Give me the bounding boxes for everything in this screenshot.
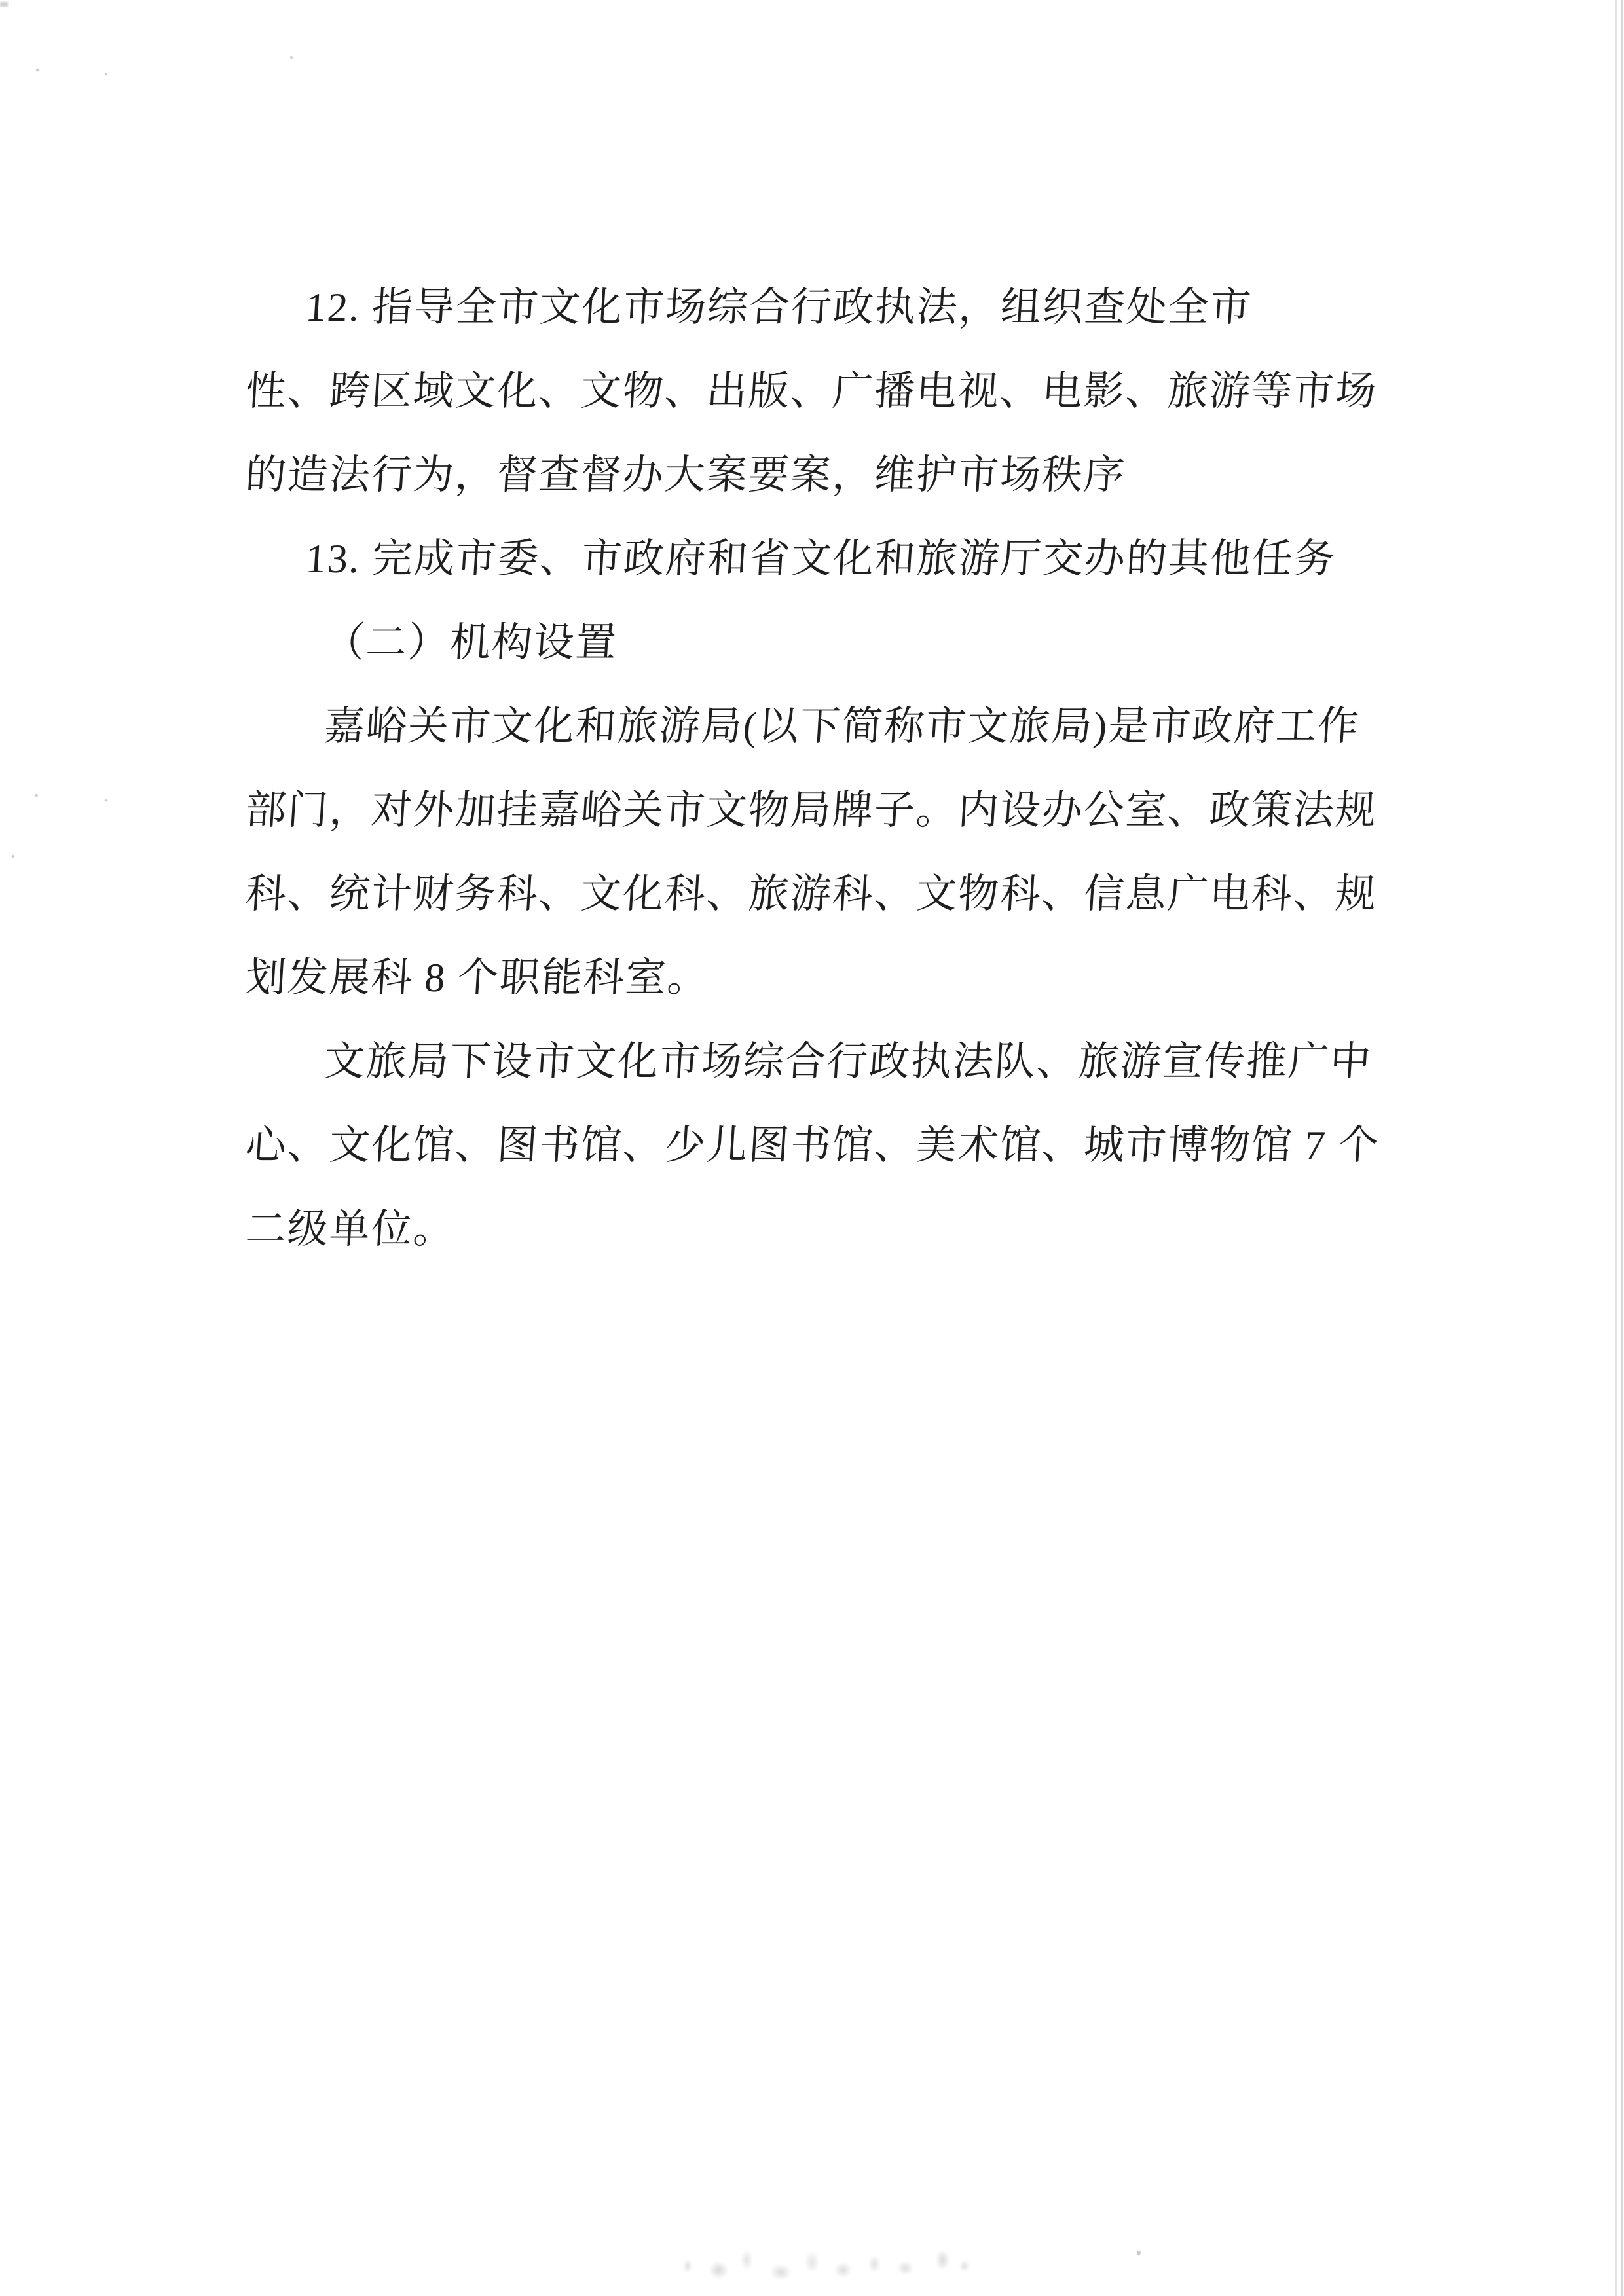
text-line-13-duty: 13. 完成市委、市政府和省文化和旅游厅交办的其他任务 (243, 517, 1401, 601)
scan-speck (290, 56, 293, 59)
text-line-markets: 性、跨区域文化、文物、出版、广播电视、电影、旅游等市场 (243, 350, 1401, 433)
scan-edge-line-outer (1615, 0, 1617, 2296)
text-line-section-heading: （二）机构设置 (243, 601, 1401, 685)
scan-edge-line-inner (1621, 0, 1623, 2296)
text-line-bureau-intro: 嘉峪关市文化和旅游局(以下简称市文旅局)是市政府工作 (243, 685, 1401, 769)
scan-smudge (663, 2242, 974, 2282)
document-text-block: 12. 指导全市文化市场综合行政执法，组织查处全市 性、跨区域文化、文物、出版、… (246, 266, 1398, 1271)
text-line-enforcement: 的造法行为，督查督办大案要案，维护市场秩序 (243, 433, 1401, 517)
text-line-departments-3: 划发展科 8 个职能科室。 (243, 936, 1401, 1020)
text-line-subunits-1: 文旅局下设市文化市场综合行政执法队、旅游宣传推广中 (243, 1020, 1401, 1104)
scan-speck (105, 799, 107, 801)
text-line-subunits-3: 二级单位。 (243, 1188, 1401, 1271)
text-line-departments-1: 部门，对外加挂嘉峪关市文物局牌子。内设办公室、政策法规 (243, 769, 1401, 852)
text-line-departments-2: 科、统计财务科、文化科、旅游科、文物科、信息广电科、规 (243, 852, 1401, 936)
scan-smudge-dot (1137, 2251, 1141, 2255)
scan-speck (105, 73, 107, 75)
scan-speck (35, 794, 38, 797)
scan-speck (36, 69, 39, 71)
scan-corner-mark (0, 2, 8, 7)
scan-speck (12, 855, 14, 858)
text-line-12-duty: 12. 指导全市文化市场综合行政执法，组织查处全市 (243, 266, 1401, 350)
scanned-document-page: 12. 指导全市文化市场综合行政执法，组织查处全市 性、跨区域文化、文物、出版、… (0, 0, 1624, 2296)
text-line-subunits-2: 心、文化馆、图书馆、少儿图书馆、美术馆、城市博物馆 7 个 (243, 1104, 1401, 1188)
